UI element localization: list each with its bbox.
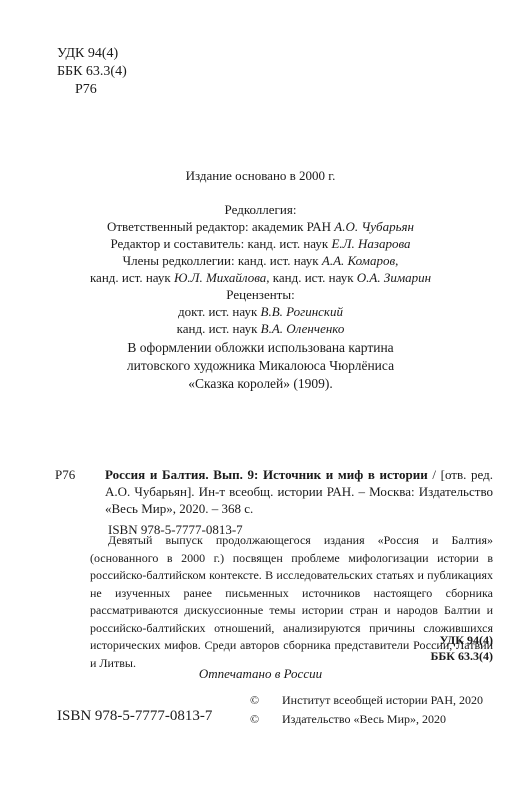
board-heading: Редколлегия: (0, 201, 521, 218)
bib-author-mark: Р76 (55, 466, 75, 483)
member-name: А.А. Комаров (322, 253, 395, 268)
author-mark: Р76 (57, 81, 127, 99)
copyright-icon: © (250, 710, 282, 729)
bottom-classification-codes: УДК 94(4) ББК 63.3(4) (430, 632, 493, 664)
reviewers: Рецензенты: докт. ист. наук В.В. Рогинск… (0, 286, 521, 337)
bibliographic-record: Р76 Россия и Балтия. Вып. 9: Источник и … (55, 466, 493, 538)
member-name: О.А. Зимарин (357, 270, 431, 285)
editor-name: А.О. Чубарьян (334, 219, 414, 234)
copyright-line: © Издательство «Весь Мир», 2020 (250, 710, 483, 729)
reviewers-heading: Рецензенты: (0, 286, 521, 303)
isbn: ISBN 978-5-7777-0813-7 (57, 708, 212, 725)
bbk-code: ББК 63.3(4) (430, 648, 493, 664)
book-title: Россия и Балтия. Вып. 9: Источник и миф … (105, 467, 428, 482)
board-line: канд. ист. наук Ю.Л. Михайлова, канд. ис… (0, 269, 521, 286)
reviewer-name: В.В. Рогинский (261, 304, 343, 319)
reviewer-name: В.А. Оленченко (261, 321, 345, 336)
copyrights: © Институт всеобщей истории РАН, 2020 © … (250, 691, 483, 729)
printed-in-russia: Отпечатано в России (0, 666, 521, 682)
board-line: Ответственный редактор: академик РАН А.О… (0, 218, 521, 235)
copyright-line: © Институт всеобщей истории РАН, 2020 (250, 691, 483, 710)
founded-note: Издание основано в 2000 г. (0, 167, 521, 184)
udk-code: УДК 94(4) (57, 45, 127, 63)
cover-note: В оформлении обложки использована картин… (0, 339, 521, 393)
board-line: Члены редколлегии: канд. ист. наук А.А. … (0, 252, 521, 269)
reviewer-line: докт. ист. наук В.В. Рогинский (0, 303, 521, 320)
top-classification-codes: УДК 94(4) ББК 63.3(4) Р76 (57, 45, 127, 99)
board-line: Редактор и составитель: канд. ист. наук … (0, 235, 521, 252)
member-name: Ю.Л. Михайлова (174, 270, 266, 285)
udk-code: УДК 94(4) (430, 632, 493, 648)
bbk-code: ББК 63.3(4) (57, 63, 127, 81)
copyright-icon: © (250, 691, 282, 710)
reviewer-line: канд. ист. наук В.А. Оленченко (0, 320, 521, 337)
compiler-name: Е.Л. Назарова (331, 236, 410, 251)
bib-description: Россия и Балтия. Вып. 9: Источник и миф … (105, 466, 493, 517)
editorial-board: Редколлегия: Ответственный редактор: ака… (0, 201, 521, 286)
